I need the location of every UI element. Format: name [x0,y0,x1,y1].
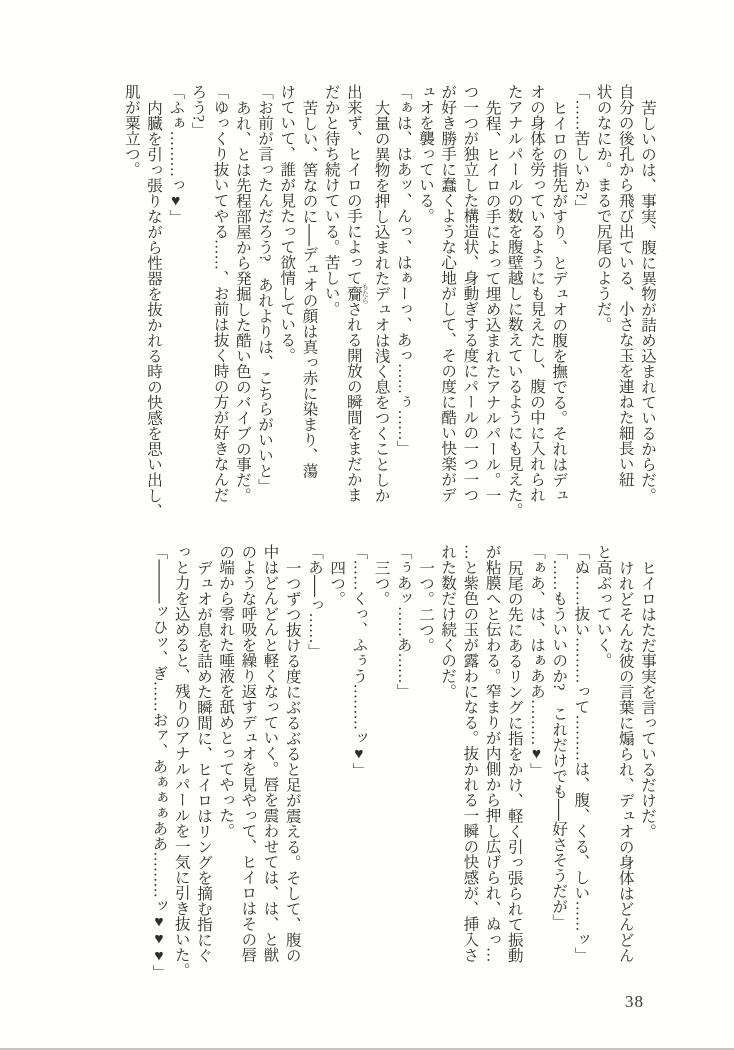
text-line: 尻尾の先にあるリングに指をかけ、軽く引っ張られて振動 [503,544,525,1002]
text-line: 「……くっ、ふぅう………ッ♥」 [347,544,369,1002]
text-line: の端から零れた唾液を舐めとってやった。 [214,544,236,1002]
text-line: つ一つが独立した構造状、身動ぎする度にパールの一つ一つ [458,84,480,532]
text-line: 肌が粟立つ。 [120,84,142,532]
text-line: 「ぬ……抜い………って………は、腹、くる、しい……ッ」 [569,544,591,1002]
page-number: 38 [625,992,644,1012]
text-line: が粘膜へと伝わる。窄まりが内側から押し広げられ、ぬっ… [480,544,502,1002]
text-line: 「あ──っ……」 [303,544,325,1002]
text-line: 「ぁは、はあッ、んっ、はぁーっ、あっ……ぅ……」 [392,84,414,532]
text-line: ヒイロの指先がすり、とデュオの腹を撫でる。それはデュ [547,84,569,532]
text-line: 「ゆっくり抜いてやる……、お前は抜く時の方が好きなんだ [208,84,230,532]
text-line: ろう?」 [186,84,208,532]
text-line: …と紫色の玉が露わになる。抜かれる一瞬の快感が、挿入さ [458,544,480,1002]
text-line: れた数だけ続くのだ。 [436,544,458,1002]
text-line: ヒイロはただ事実を言っているだけだ。 [636,544,658,1002]
text-block-top: 苦しいのは、事実、腹に異物が詰め込まれているからだ。自分の後孔から飛び出ている、… [118,84,658,532]
text-line: のような呼吸を繰り返すデュオを見やって、ヒイロはその唇 [236,544,258,1002]
text-line: 一つ。二つ。 [414,544,436,1002]
text-line: 苦しい、筈なのに──デュオの顔は真っ赤に染まり、蕩 [297,84,319,532]
text-line: 一つずつ抜ける度にぶるぶると足が震える。そして、腹の [281,544,303,1002]
text-line: と高ぶっていく。 [591,544,613,1002]
text-line: デュオが息を詰めた瞬間に、ヒイロはリングを摘む指にぐ [192,544,214,1002]
text-line: あれ、とは先程部屋から発掘した酷い色のバイブの事だ。 [231,84,253,532]
text-line: 先程、ヒイロの手によって埋め込まれたアナルパール。一 [480,84,502,532]
text-line: 「……もういいのか? これだけでも──好さそうだが」 [547,544,569,1002]
text-line: 「ふぁ………っ♥」 [164,84,186,532]
text-line: 苦しいのは、事実、腹に異物が詰め込まれているからだ。 [636,84,658,532]
text-line: 自分の後孔から飛び出ている、小さな玉を連ねた細長い紐 [614,84,636,532]
text-line: オの身体を労っているようにも見えたし、腹の中に入れられ [525,84,547,532]
text-line: けれどそんな彼の言葉に煽られ、デュオの身体はどんどん [614,544,636,1002]
text-line: 「ぅあッ……あ……」 [392,544,414,1002]
text-line: ュオを襲っている。 [414,84,436,532]
text-line: 「ぁあ、は、はぁああ………♥」 [525,544,547,1002]
text-line: けていて、誰が見たって欲情している。 [275,84,297,532]
text-line: 出来ず、ヒイロの手によって齎もたらされる開放の瞬間をまだかま [342,84,370,532]
text-line: 四つ。 [325,544,347,1002]
text-line: だかと待ち続けている。苦しい。 [319,84,341,532]
text-line: っと力を込めると、残りのアナルパールを一気に引き抜いた。 [170,544,192,1002]
text-line: 大量の異物を押し込まれたデュオは浅く息をつくことしか [369,84,391,532]
text-line: 「────ッひッ、ぎ……おァ、あぁぁぁああ………ッ♥♥♥」 [147,544,169,1002]
text-line: 三つ。 [369,544,391,1002]
text-line: 中はどんどんと軽くなっていく。唇を震わせては、は、と獣 [258,544,280,1002]
scanned-page: 苦しいのは、事実、腹に異物が詰め込まれているからだ。自分の後孔から飛び出ている、… [0,0,734,1050]
text-line: 「……苦しいか?」 [569,84,591,532]
text-line: 「お前が言ったんだろう? あれよりは、こちらがいいと」 [253,84,275,532]
text-block-bottom: ヒイロはただ事実を言っているだけだ。けれどそんな彼の言葉に煽られ、デュオの身体は… [118,544,658,1002]
text-line: が好き勝手に蠢くような心地がして、その度に酷い快楽がデ [436,84,458,532]
text-line: 内臓を引っ張りながら性器を抜かれる時の快感を思い出し、 [142,84,164,532]
text-line: たアナルパールの数を腹壁越しに数えているようにも見えた。 [503,84,525,532]
text-line: 状のなにか。まるで尻尾のようだ。 [591,84,613,532]
